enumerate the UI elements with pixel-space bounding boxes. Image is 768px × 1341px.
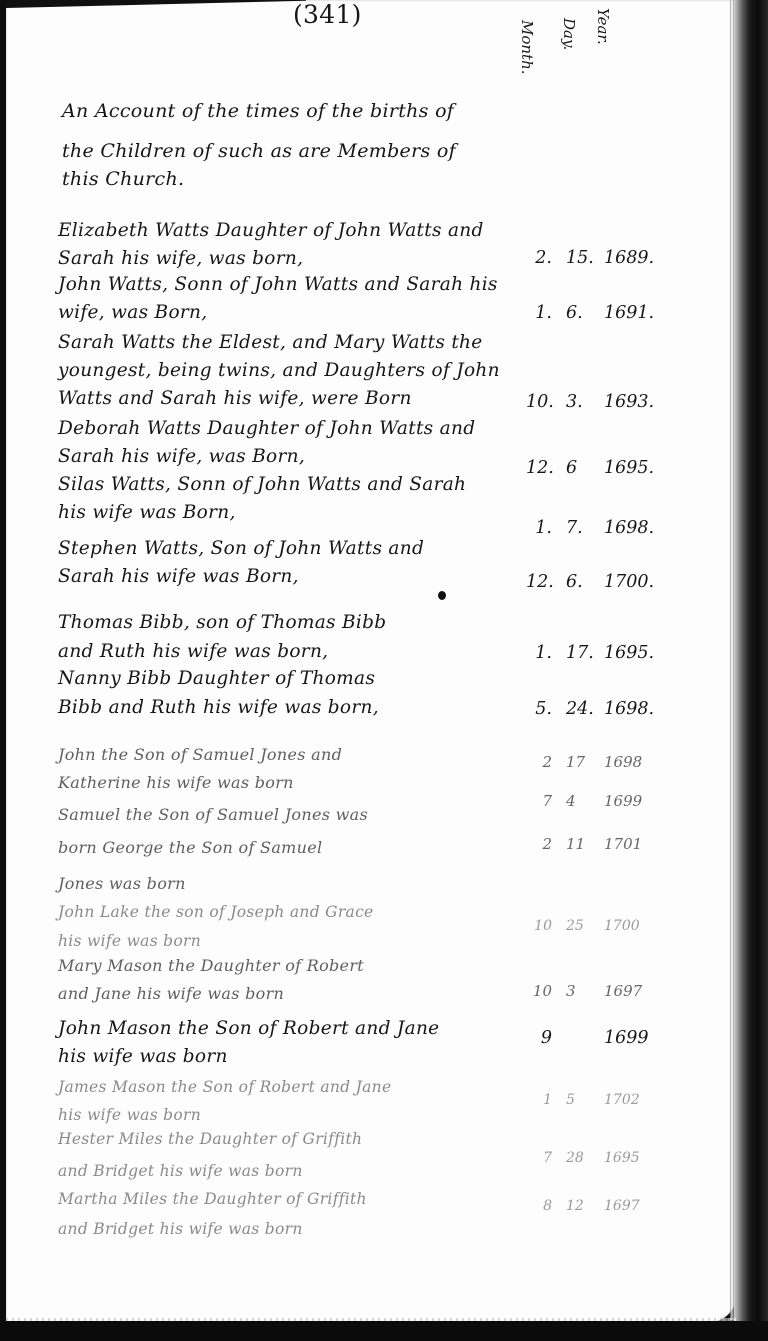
entry-text-line: Jones was born — [58, 874, 186, 893]
date-month: 1. — [526, 643, 552, 663]
ink-blot — [438, 591, 446, 600]
entry-text-line: Hester Miles the Daughter of Griffith — [58, 1130, 362, 1148]
page-number: (341) — [293, 0, 362, 29]
entry-text-line: born George the Son of Samuel — [58, 838, 322, 857]
date-month: 5. — [526, 699, 552, 719]
date-year: 1702 — [604, 1092, 640, 1108]
entry-text-line: his wife was born — [58, 1046, 228, 1067]
date-year: 1700 — [604, 918, 640, 934]
entry-date: 10.3.1693. — [526, 392, 696, 412]
entry-text-line: and Bridget his wife was born — [58, 1162, 303, 1180]
column-header-day: Day. — [560, 18, 578, 50]
entry-text-line: Sarah Watts the Eldest, and Mary Watts t… — [58, 332, 483, 353]
entry-text-line: Sarah his wife, was Born, — [58, 446, 305, 467]
date-year: 1695. — [604, 458, 654, 478]
date-year: 1699 — [604, 1028, 649, 1048]
date-day: 6. — [566, 303, 590, 323]
heading-line: An Account of the times of the births of — [62, 100, 454, 122]
entry-text-line: and Jane his wife was born — [58, 984, 284, 1003]
entry-date: 8121697 — [526, 1198, 696, 1214]
entry-text-line: Martha Miles the Daughter of Griffith — [58, 1190, 367, 1208]
date-day: 28 — [566, 1150, 590, 1166]
date-day: 15. — [566, 248, 590, 268]
date-month: 10 — [526, 918, 552, 934]
date-year: 1700. — [604, 572, 654, 592]
date-day — [566, 1028, 590, 1048]
register-page: (341) Month. Day. Year. An Account of th… — [6, 0, 736, 1322]
date-day: 25 — [566, 918, 590, 934]
entry-date: 1.7.1698. — [526, 518, 696, 538]
entry-text-line: Stephen Watts, Son of John Watts and — [58, 538, 424, 559]
entry-date: 12.61695. — [526, 458, 696, 478]
entry-date: 151702 — [526, 1092, 696, 1108]
date-day: 12 — [566, 1198, 590, 1214]
entry-date: 2171698 — [526, 753, 696, 771]
date-month: 10. — [526, 392, 552, 412]
date-month: 8 — [526, 1198, 552, 1214]
entry-text-line: and Ruth his wife was born, — [58, 641, 328, 662]
date-year: 1697 — [604, 1198, 640, 1214]
entry-text-line: and Bridget his wife was born — [58, 1220, 303, 1238]
date-month: 1. — [526, 303, 552, 323]
date-day: 6 — [566, 458, 590, 478]
date-month: 12. — [526, 572, 552, 592]
date-month: 10 — [526, 982, 552, 1000]
date-day: 5 — [566, 1092, 590, 1108]
entry-date: 10251700 — [526, 918, 696, 934]
date-day: 17. — [566, 643, 590, 663]
date-day: 3. — [566, 392, 590, 412]
date-month: 2 — [526, 835, 552, 853]
date-year: 1698. — [604, 699, 654, 719]
date-year: 1698. — [604, 518, 654, 538]
date-year: 1689. — [604, 248, 654, 268]
entry-date: 12.6.1700. — [526, 572, 696, 592]
entry-date: 1.17.1695. — [526, 643, 696, 663]
date-month: 2. — [526, 248, 552, 268]
entry-date: 5.24.1698. — [526, 699, 696, 719]
date-day: 3 — [566, 982, 590, 1000]
date-day: 6. — [566, 572, 590, 592]
entry-text-line: youngest, being twins, and Daughters of … — [58, 360, 500, 381]
date-year: 1693. — [604, 392, 654, 412]
date-year: 1699 — [604, 792, 642, 810]
heading-line: the Children of such as are Members of — [62, 140, 456, 162]
date-year: 1695. — [604, 643, 654, 663]
entry-text-line: Watts and Sarah his wife, were Born — [58, 388, 412, 409]
date-month: 9 — [526, 1028, 552, 1048]
date-year: 1698 — [604, 753, 642, 771]
entry-text-line: Elizabeth Watts Daughter of John Watts a… — [58, 220, 484, 241]
entry-text-line: John Mason the Son of Robert and Jane — [58, 1018, 439, 1039]
entry-text-line: his wife was born — [58, 932, 201, 950]
date-year: 1695 — [604, 1150, 640, 1166]
date-day: 4 — [566, 792, 590, 810]
column-header-month: Month. — [518, 20, 536, 75]
entry-text-line: Thomas Bibb, son of Thomas Bibb — [58, 612, 386, 633]
entry-text-line: Silas Watts, Sonn of John Watts and Sara… — [58, 474, 466, 495]
entry-text-line: John Watts, Sonn of John Watts and Sarah… — [58, 274, 498, 295]
entry-text-line: wife, was Born, — [58, 302, 207, 323]
entry-text-line: Katherine his wife was born — [58, 773, 294, 792]
entry-date: 1031697 — [526, 982, 696, 1000]
entry-date: 91699 — [526, 1028, 696, 1048]
date-month: 1 — [526, 1092, 552, 1108]
entry-text-line: Sarah his wife was Born, — [58, 566, 299, 587]
date-day: 7. — [566, 518, 590, 538]
entry-date: 7281695 — [526, 1150, 696, 1166]
date-year: 1701 — [604, 835, 642, 853]
entry-date: 1.6.1691. — [526, 303, 696, 323]
date-day: 11 — [566, 835, 590, 853]
date-month: 2 — [526, 753, 552, 771]
date-month: 7 — [526, 792, 552, 810]
scan-bottom-border — [0, 1321, 768, 1341]
date-year: 1697 — [604, 982, 642, 1000]
entry-text-line: Deborah Watts Daughter of John Watts and — [58, 418, 475, 439]
entry-text-line: Nanny Bibb Daughter of Thomas — [58, 668, 375, 689]
date-day: 17 — [566, 753, 590, 771]
entry-text-line: Bibb and Ruth his wife was born, — [58, 697, 379, 718]
entry-date: 2111701 — [526, 835, 696, 853]
entry-text-line: John Lake the son of Joseph and Grace — [58, 903, 374, 921]
entry-text-line: his wife was Born, — [58, 502, 236, 523]
entry-text-line: Mary Mason the Daughter of Robert — [58, 956, 364, 975]
column-header-year: Year. — [594, 8, 612, 45]
entry-text-line: James Mason the Son of Robert and Jane — [58, 1078, 391, 1096]
entry-text-line: Samuel the Son of Samuel Jones was — [58, 805, 368, 824]
book-spine — [734, 0, 768, 1341]
date-day: 24. — [566, 699, 590, 719]
date-year: 1691. — [604, 303, 654, 323]
date-month: 1. — [526, 518, 552, 538]
entry-date: 741699 — [526, 792, 696, 810]
entry-date: 2.15.1689. — [526, 248, 696, 268]
entry-text-line: Sarah his wife, was born, — [58, 248, 303, 269]
page-top-shadow — [6, 0, 306, 8]
heading-line: this Church. — [62, 168, 184, 190]
entry-text-line: John the Son of Samuel Jones and — [58, 745, 342, 764]
date-month: 7 — [526, 1150, 552, 1166]
entry-text-line: his wife was born — [58, 1106, 201, 1124]
date-month: 12. — [526, 458, 552, 478]
